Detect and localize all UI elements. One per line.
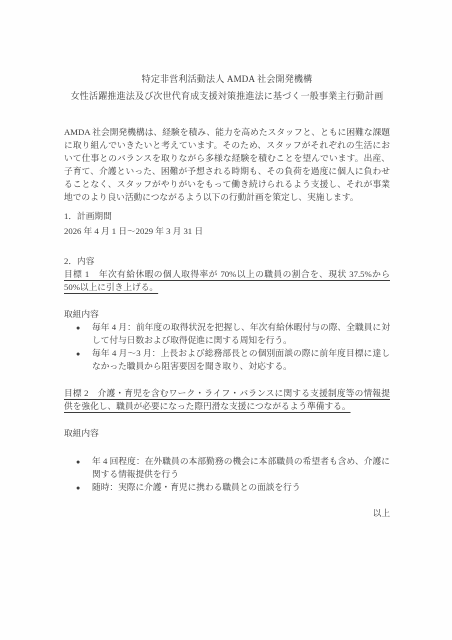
document-title-line2: 女性活躍推進法及び次世代育成支援対策推進法に基づく一般事業主行動計画 <box>64 88 390 105</box>
action-item: 随時：実際に介護・育児に携わる職員との面談を行う <box>64 481 390 494</box>
goal2-actions-label: 取組内容 <box>64 427 390 440</box>
document-page: 特定非営利活動法人 AMDA 社会開発機構 女性活躍推進法及び次世代育成支援対策… <box>0 0 452 640</box>
plan-period: 2026 年 4 月 1 日～2029 年 3 月 31 日 <box>64 225 390 238</box>
section2-heading: 2．内容 <box>64 255 390 268</box>
action-item: 毎年 4 月～3 月：上長および総務部長との個別面談の際に前年度目標に達しなかっ… <box>64 347 390 373</box>
section1-heading: 1．計画期間 <box>64 210 390 223</box>
action-item: 年 4 回程度：在外職員の本部勤務の機会に本部職員の希望者も含め、介護に関する情… <box>64 455 390 481</box>
goal1-statement: 目標 1 年次有給休暇の個人取得率が 70%以上の職員の割合を、現状 37.5%… <box>64 268 390 294</box>
goal2-actions-list: 年 4 回程度：在外職員の本部勤務の機会に本部職員の希望者も含め、介護に関する情… <box>64 455 390 494</box>
closing-text: 以上 <box>64 507 390 520</box>
goal1-actions-label: 取組内容 <box>64 308 390 321</box>
goal1-actions-list: 毎年 4 月：前年度の取得状況を把握し、年次有給休暇付与の際、全職員に対して付与… <box>64 321 390 373</box>
intro-paragraph: AMDA 社会開発機構は、経験を積み、能力を高めたスタッフと、ともに困難な課題に… <box>64 126 390 204</box>
action-item: 毎年 4 月：前年度の取得状況を把握し、年次有給休暇付与の際、全職員に対して付与… <box>64 321 390 347</box>
document-title-line1: 特定非営利活動法人 AMDA 社会開発機構 <box>64 71 390 88</box>
goal2-statement: 目標 2 介護・育児を含むワーク・ライフ・バランスに関する支援制度等の情報提供を… <box>64 387 390 413</box>
